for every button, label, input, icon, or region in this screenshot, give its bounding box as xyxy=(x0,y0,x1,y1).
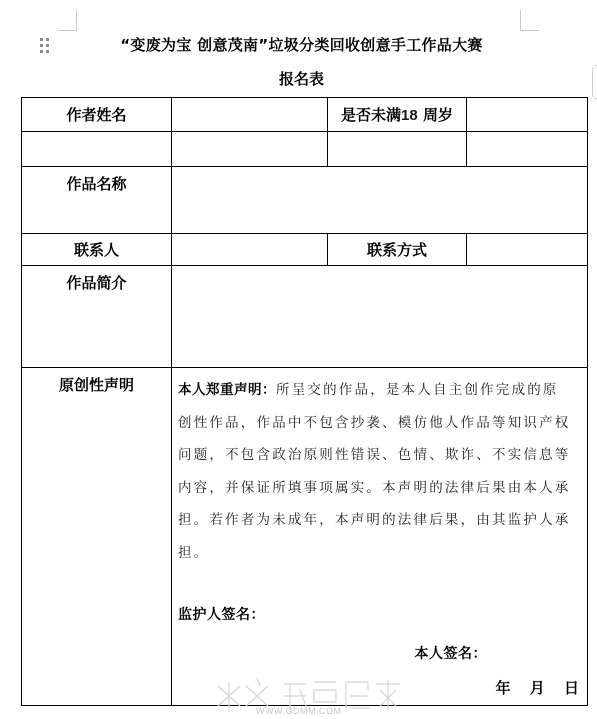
self-signature-label: 本人签名： xyxy=(178,638,579,671)
contact-person-field[interactable] xyxy=(172,234,328,266)
table-row: 原创性声明 本人郑重声明：所呈交的作品，是本人自主创作完成的原 创性作品，作品中… xyxy=(22,368,588,706)
page-corner-mark-left xyxy=(58,10,77,31)
page-corner-mark-right xyxy=(520,10,539,31)
work-name-field[interactable] xyxy=(172,167,588,234)
declaration-body: 所呈交的作品，是本人自主创作完成的原 创性作品，作品中不包含抄袭、模仿他人作品等… xyxy=(178,382,571,561)
guardian-signature-label: 监护人签名： xyxy=(178,599,579,632)
work-name-label: 作品名称 xyxy=(22,167,172,234)
watermark-text: WWW.GDMM.COM xyxy=(256,706,341,716)
date-label: 年 月 日 xyxy=(178,672,579,705)
contact-method-field[interactable] xyxy=(467,234,588,266)
under18-label-pre: 是否未满 xyxy=(341,106,401,124)
work-intro-label: 作品简介 xyxy=(22,266,172,368)
table-row: 作者姓名 是否未满18 周岁 xyxy=(22,98,588,132)
contact-person-label: 联系人 xyxy=(22,234,172,266)
under18-field[interactable] xyxy=(467,98,588,132)
work-intro-field[interactable] xyxy=(172,266,588,368)
blank-cell[interactable] xyxy=(328,132,467,167)
author-name-field[interactable] xyxy=(172,98,328,132)
originality-label: 原创性声明 xyxy=(22,368,172,706)
table-row: 作品简介 xyxy=(22,266,588,368)
under18-label: 是否未满18 周岁 xyxy=(328,98,467,132)
contact-method-label: 联系方式 xyxy=(328,234,467,266)
under18-label-number: 18 xyxy=(401,107,418,124)
registration-form-table: 作者姓名 是否未满18 周岁 作品名称 联系人 联系方式 作品简介 原创性声明 … xyxy=(21,97,588,706)
table-row: 作品名称 xyxy=(22,167,588,234)
blank-cell[interactable] xyxy=(22,132,172,167)
table-row xyxy=(22,132,588,167)
originality-declaration: 本人郑重声明：所呈交的作品，是本人自主创作完成的原 创性作品，作品中不包含抄袭、… xyxy=(172,368,588,706)
declaration-lead: 本人郑重声明： xyxy=(178,382,276,398)
blank-cell[interactable] xyxy=(467,132,588,167)
declaration-text: 本人郑重声明：所呈交的作品，是本人自主创作完成的原 创性作品，作品中不包含抄袭、… xyxy=(178,374,579,569)
under18-label-post: 周岁 xyxy=(423,106,453,124)
blank-cell[interactable] xyxy=(172,132,328,167)
table-row: 联系人 联系方式 xyxy=(22,234,588,266)
document-subtitle: 报名表 xyxy=(0,68,597,89)
document-title: “变废为宝 创意茂南”垃圾分类回收创意手工作品大赛 xyxy=(0,34,597,55)
author-name-label: 作者姓名 xyxy=(22,98,172,132)
